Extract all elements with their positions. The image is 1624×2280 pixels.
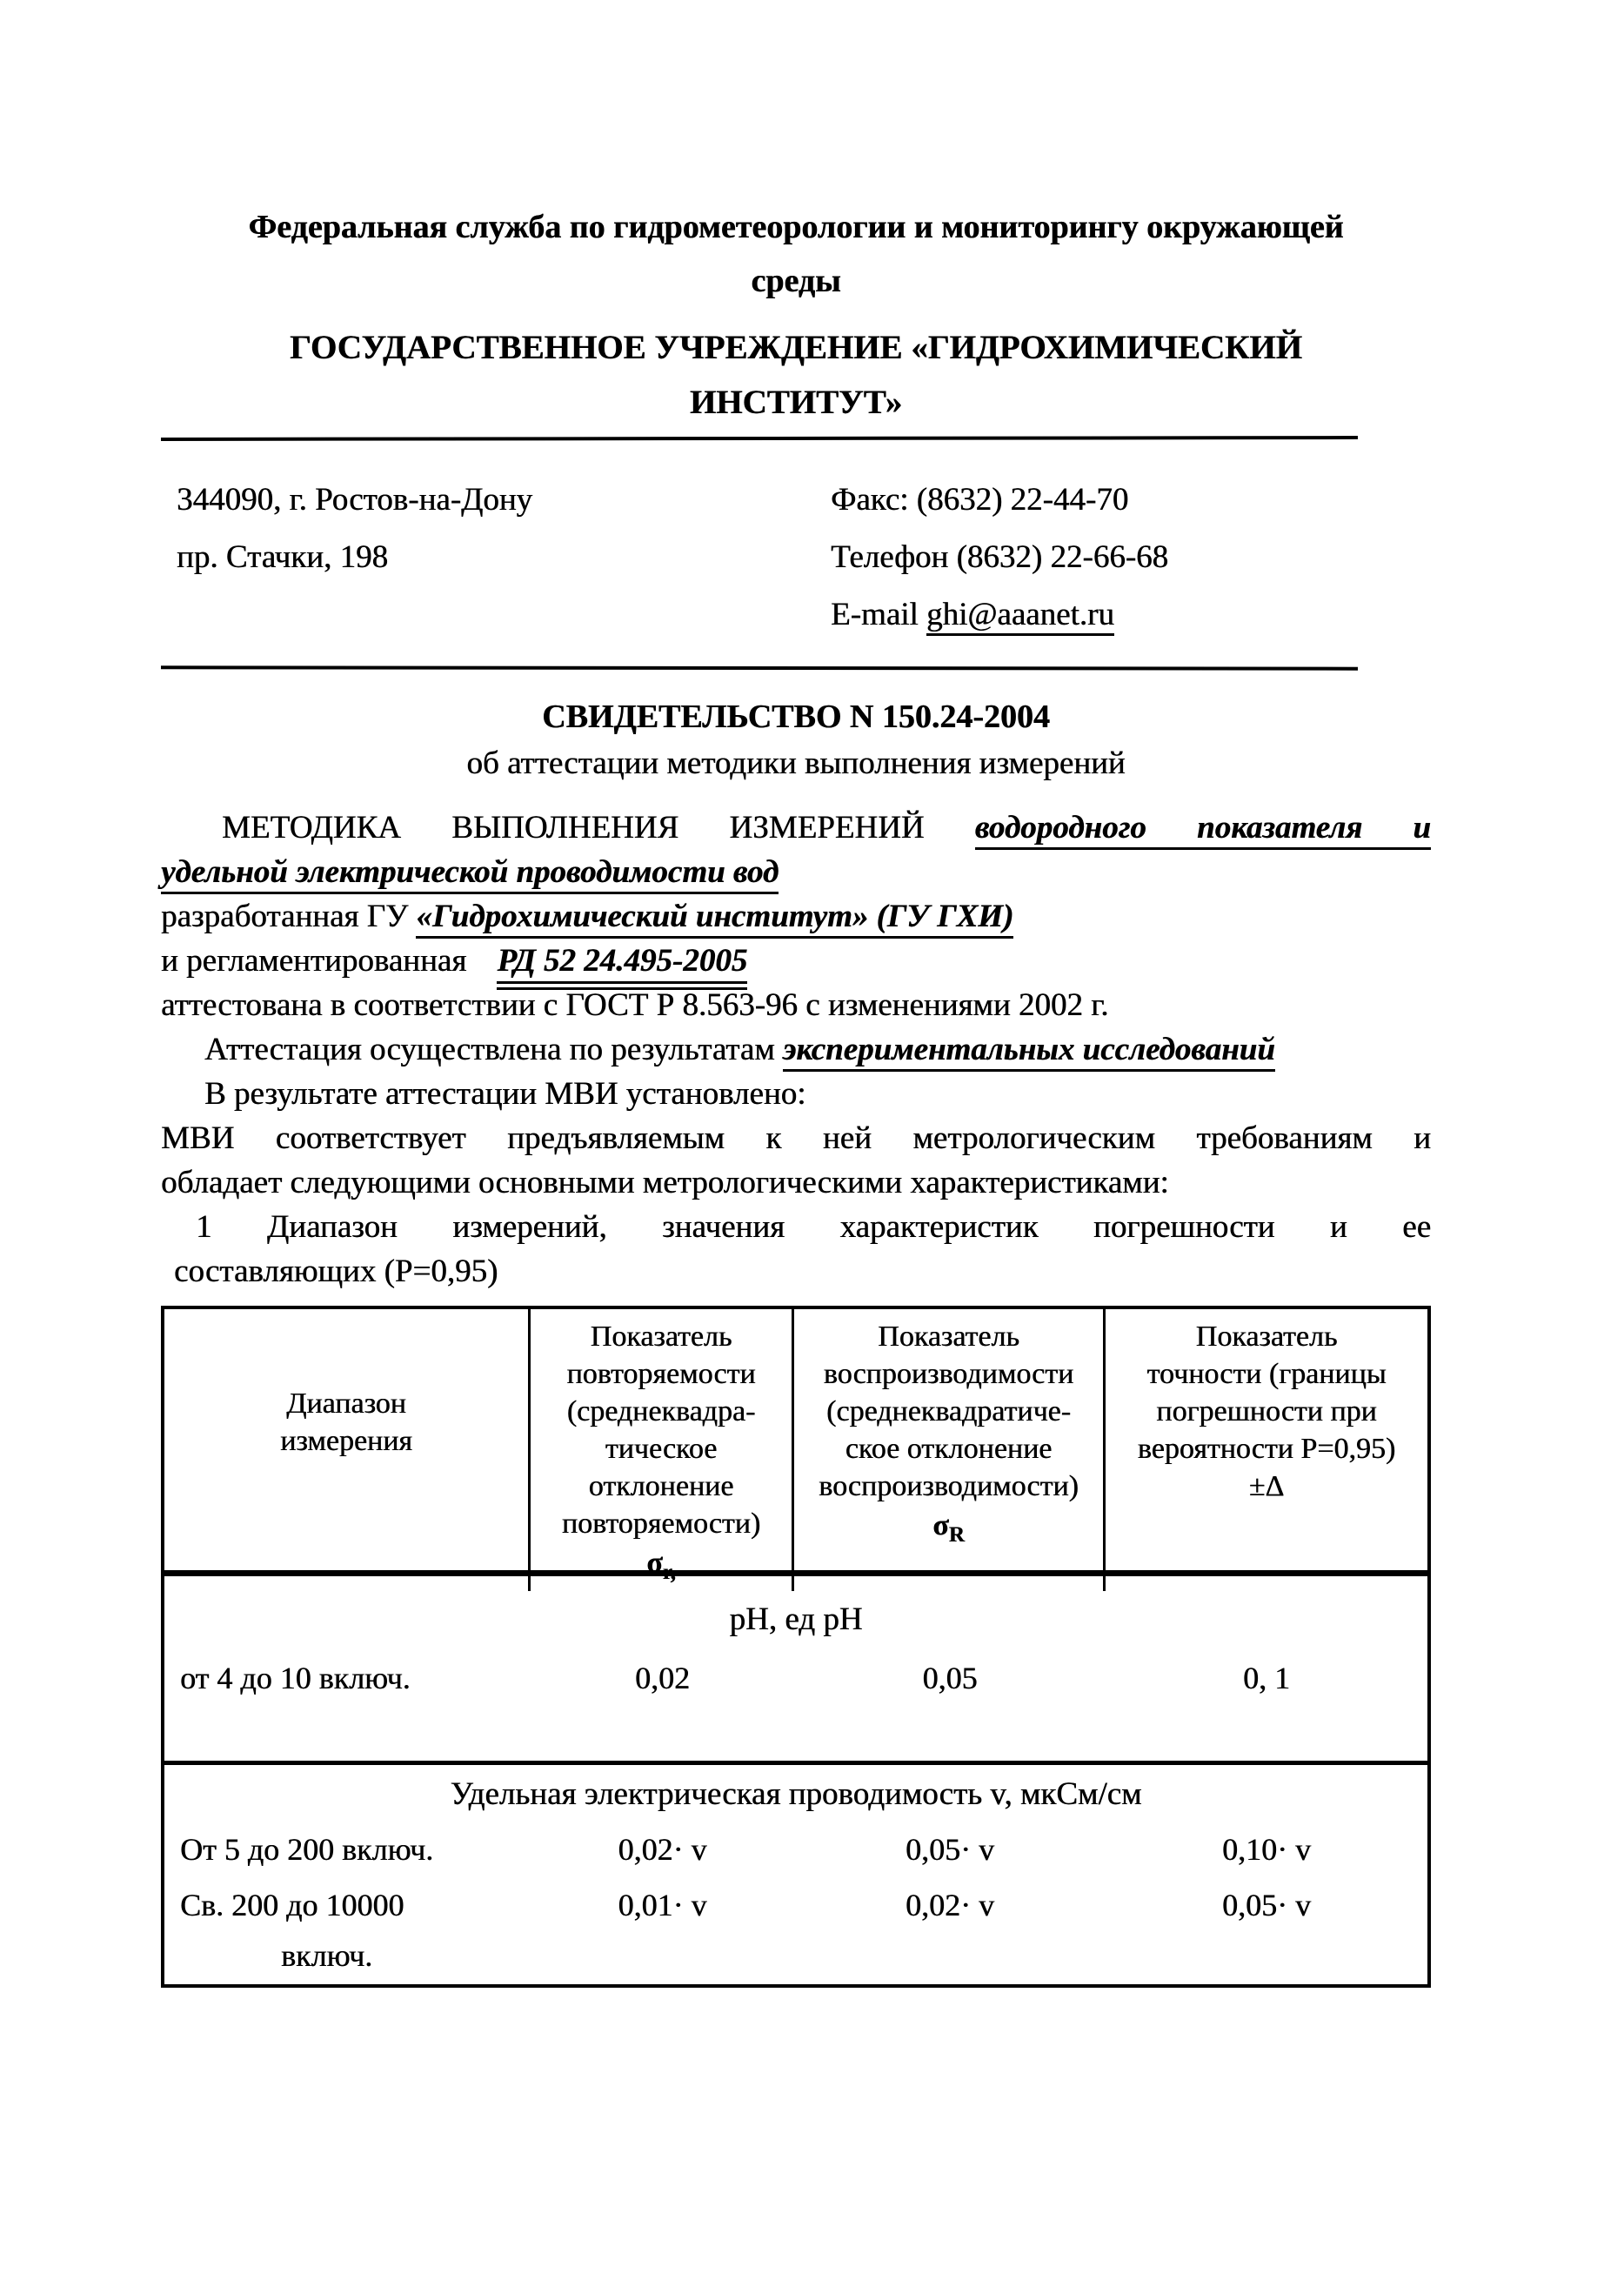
address-line-2: пр. Стачки, 198 <box>177 529 831 586</box>
phone-line: Телефон (8632) 22-66-68 <box>831 529 1431 586</box>
header-line: Показатель <box>531 1318 792 1355</box>
address-block: 344090, г. Ростов-на-Дону пр. Стачки, 19… <box>161 471 831 644</box>
characteristics-table: Диапазон измерения Показатель повторяемо… <box>161 1306 1431 1988</box>
phone-block: Факс: (8632) 22-44-70 Телефон (8632) 22-… <box>831 471 1431 644</box>
sigma-r-subscript: r, <box>663 1561 676 1584</box>
methodology-line-2: удельной электрической проводимости вод <box>161 850 1431 894</box>
column-header-reproducibility-index: Показатель воспроизводимости (среднеквад… <box>794 1309 1106 1591</box>
certificate-title: СВИДЕТЕЛЬСТВО N 150.24-2004 <box>161 692 1431 741</box>
methodology-name-filled-2: удельной электрической проводимости вод <box>161 854 779 894</box>
header-line: отклонение <box>531 1468 792 1505</box>
column-header-accuracy-index: Показатель точности (границы погрешности… <box>1106 1309 1427 1591</box>
conductivity-section: Удельная электрическая проводимость v, м… <box>164 1761 1427 1984</box>
table-header-row: Диапазон измерения Показатель повторяемо… <box>164 1309 1427 1576</box>
sigma-r-symbol: σr, <box>531 1544 792 1591</box>
header-line: точности (границы <box>1106 1355 1427 1393</box>
header-line: Показатель <box>794 1318 1103 1355</box>
header-line: воспроизводимости) <box>794 1468 1103 1505</box>
developed-label: разработанная ГУ <box>161 899 408 934</box>
attestation-method-line: Аттестация осуществлена по результатам э… <box>161 1027 1431 1072</box>
email-link[interactable]: ghi@aaanet.ru <box>926 597 1114 636</box>
institution-name: ГОСУДАРСТВЕННОЕ УЧРЕЖДЕНИЕ «ГИДРОХИМИЧЕС… <box>161 320 1431 430</box>
cell-reproducibility: 0,02· v <box>794 1883 1106 1977</box>
institution-name-line-2: ИНСТИТУТ» <box>161 375 1431 430</box>
header-line: (среднеквадра- <box>531 1393 792 1430</box>
institution-name-line-1: ГОСУДАРСТВЕННОЕ УЧРЕЖДЕНИЕ «ГИДРОХИМИЧЕС… <box>161 320 1431 375</box>
table-row: от 4 до 10 включ. 0,02 0,05 0, 1 <box>164 1656 1427 1700</box>
cell-reproducibility: 0,05· v <box>794 1828 1106 1871</box>
certificate-body: МЕТОДИКА ВЫПОЛНЕНИЯ ИЗМЕРЕНИЙ водородног… <box>161 806 1431 1294</box>
cell-accuracy: 0,05· v <box>1106 1883 1427 1977</box>
attestation-label: Аттестация осуществлена по результатам <box>204 1032 775 1067</box>
agency-name-line-2: среды <box>161 254 1431 308</box>
header-line: воспроизводимости <box>794 1355 1103 1393</box>
table-row: От 5 до 200 включ. 0,02· v 0,05· v 0,10·… <box>164 1828 1427 1871</box>
column-header-repeatability-index: Показатель повторяемости (среднеквадра- … <box>531 1309 794 1591</box>
methodology-name-filled-1: водородного показателя и <box>975 810 1431 850</box>
header-line: Диапазон <box>164 1385 528 1422</box>
mvi-compliance-line-1: МВИ соответствует предъявляемым к ней ме… <box>161 1116 1431 1160</box>
header-line: повторяемости <box>531 1355 792 1393</box>
sigma-R-subscript: R <box>949 1523 965 1547</box>
sigma-glyph: σ <box>646 1547 663 1579</box>
plus-minus-delta-symbol: ±Δ <box>1106 1468 1427 1505</box>
regulated-by-line: и регламентированная РД 52 24.495-2005 <box>161 939 1431 983</box>
cell-range-line-2: включ. <box>180 1934 531 1977</box>
methodology-label: МЕТОДИКА ВЫПОЛНЕНИЯ ИЗМЕРЕНИЙ <box>222 810 925 846</box>
developed-by-line: разработанная ГУ «Гидрохимический инстит… <box>161 894 1431 939</box>
header-line: ское отклонение <box>794 1430 1103 1468</box>
sigma-R-symbol: σR <box>794 1507 1103 1554</box>
cell-reproducibility: 0,05 <box>794 1656 1106 1700</box>
header-line: погрешности при <box>1106 1393 1427 1430</box>
header-line: измерения <box>164 1422 528 1460</box>
header-line: вероятности Р=0,95) <box>1106 1430 1427 1468</box>
table-row: Св. 200 до 10000 включ. 0,01· v 0,02· v … <box>164 1883 1427 1977</box>
certificate-heading: СВИДЕТЕЛЬСТВО N 150.24-2004 об аттестаци… <box>161 692 1431 786</box>
cell-repeatability: 0,02· v <box>531 1828 794 1871</box>
cell-range-line-1: Св. 200 до 10000 <box>180 1883 531 1927</box>
cell-repeatability: 0,01· v <box>531 1883 794 1977</box>
address-line-1: 344090, г. Ростов-на-Дону <box>177 471 831 529</box>
horizontal-rule-top <box>161 436 1358 441</box>
header-line: тическое <box>531 1430 792 1468</box>
column-header-measurement-range: Диапазон измерения <box>164 1309 531 1591</box>
agency-name: Федеральная служба по гидрометеорологии … <box>161 200 1431 308</box>
certificate-document-page: Федеральная служба по гидрометеорологии … <box>0 0 1624 2280</box>
cell-range: Св. 200 до 10000 включ. <box>164 1883 531 1977</box>
conductivity-section-title: Удельная электрическая проводимость v, м… <box>164 1765 1427 1815</box>
contact-block: 344090, г. Ростов-на-Дону пр. Стачки, 19… <box>161 471 1431 644</box>
horizontal-rule-bottom <box>161 665 1358 670</box>
cell-repeatability: 0,02 <box>531 1656 794 1700</box>
research-type-filled: экспериментальных исследований <box>783 1032 1275 1072</box>
email-line: E-mail ghi@aaanet.ru <box>831 586 1431 644</box>
attested-line: аттестована в соответствии с ГОСТ Р 8.56… <box>161 983 1431 1027</box>
methodology-line-1: МЕТОДИКА ВЫПОЛНЕНИЯ ИЗМЕРЕНИЙ водородног… <box>161 806 1431 850</box>
result-line: В результате аттестации МВИ установлено: <box>161 1072 1431 1116</box>
cell-range: От 5 до 200 включ. <box>164 1828 531 1871</box>
cell-range: от 4 до 10 включ. <box>164 1656 531 1700</box>
developer-filled: «Гидрохимический институт» (ГУ ГХИ) <box>416 899 1013 939</box>
cell-accuracy: 0,10· v <box>1106 1828 1427 1871</box>
header-line: Показатель <box>1106 1318 1427 1355</box>
email-label: E-mail <box>831 597 919 632</box>
range-statement-line-1: 1 Диапазон измерений, значения характери… <box>161 1205 1431 1249</box>
range-statement-line-2: составляющих (Р=0,95) <box>161 1249 1431 1294</box>
header-line: повторяемости) <box>531 1505 792 1542</box>
certificate-subtitle: об аттестации методики выполнения измере… <box>161 741 1431 786</box>
header-line: (среднеквадратиче- <box>794 1393 1103 1430</box>
sigma-glyph: σ <box>932 1509 949 1541</box>
agency-name-line-1: Федеральная служба по гидрометеорологии … <box>161 200 1431 254</box>
cell-accuracy: 0, 1 <box>1106 1656 1427 1700</box>
mvi-compliance-line-2: обладает следующими основными метрологич… <box>161 1160 1431 1205</box>
regulated-label: и регламентированная <box>161 943 466 979</box>
fax-line: Факс: (8632) 22-44-70 <box>831 471 1431 529</box>
ph-section: рН, ед рН от 4 до 10 включ. 0,02 0,05 0,… <box>164 1576 1427 1761</box>
